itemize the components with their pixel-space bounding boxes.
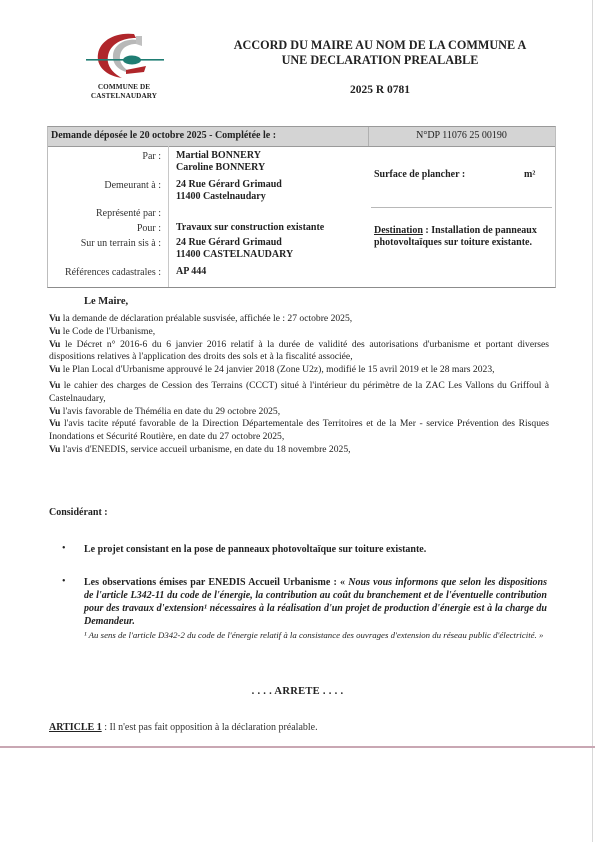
value-works: Travaux sur construction existante — [176, 222, 324, 234]
logo-line-1: COMMUNE DE — [78, 83, 170, 92]
arrete-heading: . . . . ARRETE . . . . — [0, 686, 595, 697]
info-table-header: Demande déposée le 20 octobre 2025 - Com… — [48, 127, 555, 147]
bullet-icon: • — [62, 576, 66, 587]
surface-label: Surface de plancher : — [374, 169, 465, 180]
label-terrain: Sur un terrain sis à : — [48, 238, 161, 249]
vu-text: l'avis favorable de Thémélia en date du … — [60, 406, 280, 417]
vu-text: l'avis d'ENEDIS, service accueil urbanis… — [60, 444, 350, 455]
document-title: ACCORD DU MAIRE AU NOM DE LA COMMUNE A U… — [200, 38, 560, 68]
page-edge — [592, 0, 593, 842]
applicant-2: Caroline BONNERY — [176, 162, 265, 174]
surface-unit: m² — [524, 169, 535, 180]
decision-reference: 2025 R 0781 — [200, 84, 560, 96]
label-demeurant: Demeurant à : — [48, 180, 161, 191]
label-cadastral: Références cadastrales : — [48, 267, 161, 278]
vu-prefix: Vu — [49, 418, 60, 429]
address-line-1: 24 Rue Gérard Grimaud — [176, 179, 282, 191]
land-address-line-2: 11400 CASTELNAUDARY — [176, 249, 293, 261]
land-address-line-1: 24 Rue Gérard Grimaud — [176, 237, 293, 249]
submission-date: Demande déposée le 20 octobre 2025 - Com… — [51, 130, 276, 141]
vu-prefix: Vu — [49, 364, 60, 375]
applicant-1: Martial BONNERY — [176, 150, 265, 162]
castelnaudary-logo-icon — [86, 30, 164, 82]
address-line-2: 11400 Castelnaudary — [176, 191, 282, 203]
vu-item: Vu le Code de l'Urbanisme, — [49, 326, 549, 339]
vu-prefix: Vu — [49, 444, 60, 455]
vu-item: Vu l'avis favorable de Thémélia en date … — [49, 406, 549, 419]
vu-item: Vu le cahier des charges de Cession des … — [49, 380, 549, 406]
vu-text: l'avis tacite réputé favorable de la Dir… — [49, 418, 549, 442]
destination: Destination : Installation de panneaux p… — [374, 225, 544, 249]
vu-text: le Décret n° 2016-6 du 6 janvier 2016 re… — [49, 339, 549, 363]
page-bottom-rule — [0, 746, 595, 748]
value-address: 24 Rue Gérard Grimaud 11400 Castelnaudar… — [176, 179, 282, 203]
label-par: Par : — [48, 151, 161, 162]
vu-item: Vu le Décret n° 2016-6 du 6 janvier 2016… — [49, 339, 549, 365]
vu-item: Vu le Plan Local d'Urbanisme approuvé le… — [49, 364, 549, 377]
considerant-item-1: Le projet consistant en la pose de panne… — [84, 543, 547, 556]
considerant-heading: Considérant : — [49, 507, 108, 518]
label-represente: Représenté par : — [48, 208, 161, 219]
destination-label: Destination — [374, 225, 423, 236]
article-1: ARTICLE 1 : Il n'est pas fait opposition… — [49, 722, 318, 733]
label-pour: Pour : — [48, 223, 161, 234]
commune-logo: COMMUNE DE CASTELNAUDARY — [78, 30, 170, 105]
footnote: ¹ Au sens de l'article D342-2 du code de… — [84, 630, 547, 642]
value-cadastral: AP 444 — [176, 266, 206, 278]
right-divider — [371, 207, 552, 208]
vu-list: Vu la demande de déclaration préalable s… — [49, 313, 549, 457]
vu-item: Vu la demande de déclaration préalable s… — [49, 313, 549, 326]
vu-prefix: Vu — [49, 380, 60, 391]
bullet-icon: • — [62, 543, 66, 554]
value-applicants: Martial BONNERY Caroline BONNERY — [176, 150, 265, 174]
column-separator — [168, 146, 169, 287]
vu-text: la demande de déclaration préalable susv… — [60, 313, 352, 324]
vu-prefix: Vu — [49, 313, 60, 324]
vu-text: le Plan Local d'Urbanisme approuvé le 24… — [60, 364, 494, 375]
logo-caption: COMMUNE DE CASTELNAUDARY — [78, 83, 170, 100]
vu-prefix: Vu — [49, 326, 60, 337]
logo-line-2: CASTELNAUDARY — [78, 92, 170, 101]
vu-item: Vu l'avis tacite réputé favorable de la … — [49, 418, 549, 444]
vu-item: Vu l'avis d'ENEDIS, service accueil urba… — [49, 444, 549, 457]
article-1-text: : Il n'est pas fait opposition à la décl… — [102, 722, 318, 733]
application-info-table: Demande déposée le 20 octobre 2025 - Com… — [47, 126, 556, 288]
title-line-2: UNE DECLARATION PREALABLE — [200, 53, 560, 68]
article-1-label: ARTICLE 1 — [49, 722, 102, 733]
vu-prefix: Vu — [49, 406, 60, 417]
title-line-1: ACCORD DU MAIRE AU NOM DE LA COMMUNE A — [200, 38, 560, 53]
vu-prefix: Vu — [49, 339, 60, 350]
considerant-item-2: Les observations émises par ENEDIS Accue… — [84, 576, 547, 628]
mayor-heading: Le Maire, — [84, 296, 128, 307]
dp-number: N°DP 11076 25 00190 — [368, 130, 555, 141]
value-land-address: 24 Rue Gérard Grimaud 11400 CASTELNAUDAR… — [176, 237, 293, 261]
enedis-observation-intro: Les observations émises par ENEDIS Accue… — [84, 577, 348, 588]
document-page: COMMUNE DE CASTELNAUDARY ACCORD DU MAIRE… — [0, 0, 595, 842]
vu-text: le cahier des charges de Cession des Ter… — [49, 380, 549, 404]
vu-text: le Code de l'Urbanisme, — [60, 326, 155, 337]
